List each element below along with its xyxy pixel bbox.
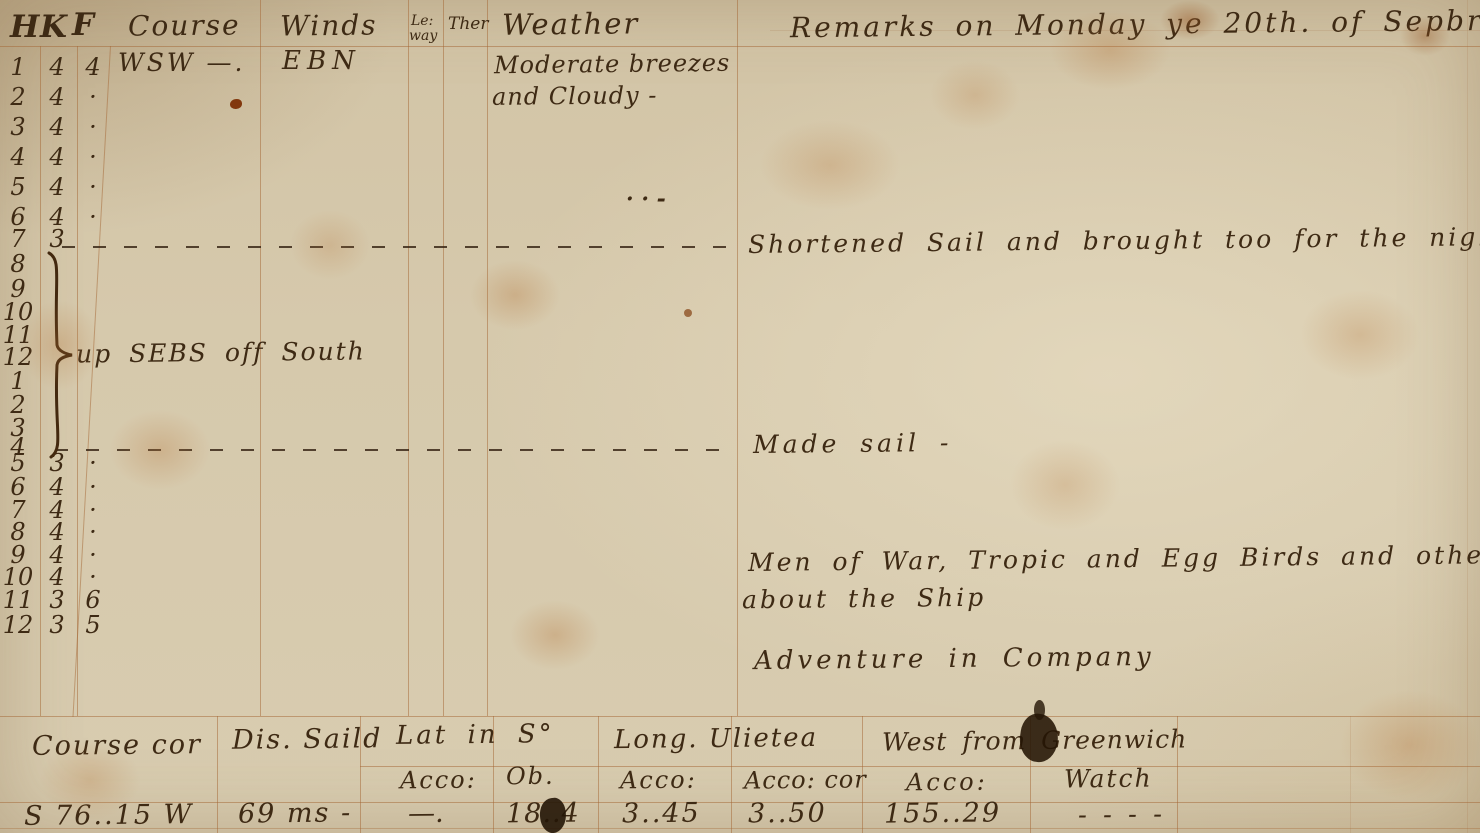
rule-line [408,0,409,716]
rule-line [443,0,444,716]
column-header-leeway-2: way [409,29,437,43]
stain [1340,690,1480,800]
footer-distance-value: 69 ms - [238,799,352,827]
fathoms-value: 4 [74,53,112,81]
fathoms-value: 6 [74,586,112,614]
column-header-course: Course [128,11,241,40]
footer-course-cor-value: S 76..15 W [24,801,194,830]
ink-blot [1034,700,1045,720]
hour-value: 1 [0,53,36,81]
brace-mark [34,250,80,460]
stain [1010,440,1120,530]
column-header-fathoms: F [72,10,94,41]
log-row: 73 [0,225,130,253]
dashed-rule [55,449,734,451]
footer-watch-value: - - - - [1078,802,1166,829]
rule-line [1467,0,1468,833]
footer-long-acco-cor-label: Acco: cor [744,767,867,792]
footer-long-acco-value: 3..45 [622,800,701,828]
knots-value: 3 [40,611,74,639]
column-header-thermometer: Ther [448,16,488,33]
log-row: 54· [0,173,130,201]
hour-value: 8 [0,250,36,278]
logbook-page: H K F Course Winds Le: way Ther Weather … [0,0,1480,833]
footer-longitude-label: Long. Ulietea [614,725,818,753]
rule-line [1350,716,1351,833]
footer-watch-label: Watch [1064,766,1153,792]
rule-line [598,716,599,833]
fathoms-value: 5 [74,611,112,639]
remark-birds-line1: Men of War, Tropic and Egg Birds and oth… [748,542,1480,575]
stain [1300,290,1420,380]
rule-line [0,716,1480,717]
footer-latitude-label: Lat in S° [396,721,555,749]
rule-line [0,828,1480,829]
winds-entry: EBN [282,48,361,74]
column-header-leeway: Le: [411,14,433,28]
footer-lat-observed-label: Ob. [506,764,555,789]
hour-value: 7 [0,225,36,253]
weather-note-line1: Moderate breezes [494,51,731,77]
footer-long-acco-cor-value: 3..50 [748,800,827,828]
fathoms-value: · [74,83,112,111]
knots-value: 4 [40,83,74,111]
footer-distance-label: Dis. Saild [232,725,383,754]
column-header-winds: Winds [280,11,378,40]
rule-line [0,46,1480,47]
footer-lat-acco-value: —. [408,800,444,827]
stain [930,60,1020,130]
stain [290,210,370,280]
stain [760,120,900,210]
footer-west-acco-value: 155..29 [884,799,1001,827]
fathoms-value: · [74,173,112,201]
knots-value: 4 [40,143,74,171]
log-row: 1235 [0,611,130,639]
remark-made-sail: Made sail - [753,430,953,457]
hour-value: 4 [0,143,36,171]
brace-note: up SEBS off South [76,338,366,366]
hour-value: 12 [0,611,36,639]
footer-course-cor-label: Course cor [32,731,202,760]
ditto-dots: · · - [626,188,666,210]
ink-blot [230,99,242,109]
footer-west-acco-label: Acco: [906,770,988,795]
knots-value: 4 [40,173,74,201]
rule-line [0,802,1480,803]
column-header-hours: H [10,12,39,43]
remarks-title: Remarks on Monday ye 20th. of Sepbr. 177… [790,6,1480,43]
course-entry: WSW —. [118,50,245,75]
log-row: 24· [0,83,130,111]
hour-value: 5 [0,173,36,201]
rule-line [487,0,488,716]
column-header-weather: Weather [502,9,640,39]
hour-value: 3 [0,113,36,141]
log-row: 44· [0,143,130,171]
column-header-knots: K [40,12,67,43]
rule-line [737,0,738,716]
rule-line [217,716,218,833]
knots-value: 4 [40,53,74,81]
knots-value: 3 [40,586,74,614]
knots-value: 3 [40,225,74,253]
log-row: 144 [0,53,130,81]
stain [470,260,560,330]
footer-lat-acco-label: Acco: [400,768,477,793]
remark-adventure-company: Adventure in Company [754,644,1155,674]
log-row: 1136 [0,586,130,614]
knots-value: 4 [40,113,74,141]
hour-value: 2 [0,83,36,111]
log-row: 34· [0,113,130,141]
fathoms-value: · [74,113,112,141]
weather-note-line2: and Cloudy - [492,83,658,109]
hour-value: 11 [0,586,36,614]
dashed-rule [62,246,734,248]
fathoms-value: · [74,143,112,171]
remark-shortened-sail: Shortened Sail and brought too for the n… [748,224,1480,257]
remark-birds-line2: about the Ship [742,585,986,613]
footer-long-acco-label: Acco: [620,768,697,793]
ink-blot [684,309,692,317]
stain [510,600,600,670]
